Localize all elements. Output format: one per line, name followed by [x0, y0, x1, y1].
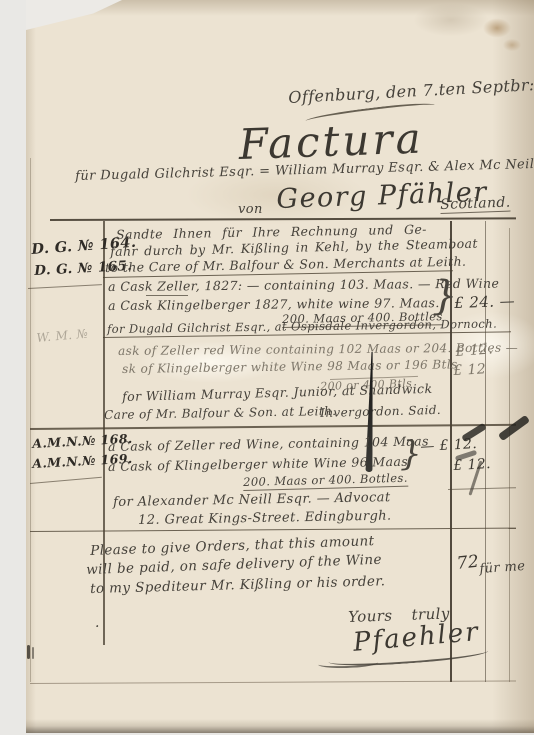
issuer-country: Scotland. — [440, 196, 511, 214]
murray-consignee-3: Invergordon. Said. — [320, 404, 441, 419]
stray-dot: . — [95, 616, 100, 630]
scanned-invoice: Offenburg, den 7.ten Septbr: 18.. Factur… — [0, 0, 534, 735]
document-title: Factura — [238, 118, 424, 166]
edge-tick — [27, 645, 30, 659]
footer-amount: 72 — [456, 554, 480, 573]
rule-zeller-underline — [146, 295, 188, 296]
von-label: von — [238, 203, 263, 216]
mcneill-brace: } — [400, 437, 422, 471]
murray-amount-2: £ 12 — [453, 362, 486, 378]
footer-amount-note: für me — [479, 560, 526, 576]
rule-left-fold — [30, 158, 31, 682]
murray-amount-1: £ 12. — [455, 342, 494, 359]
edge-tick-2 — [32, 647, 34, 659]
gilchrist-amount: £ 24. — — [454, 294, 515, 311]
